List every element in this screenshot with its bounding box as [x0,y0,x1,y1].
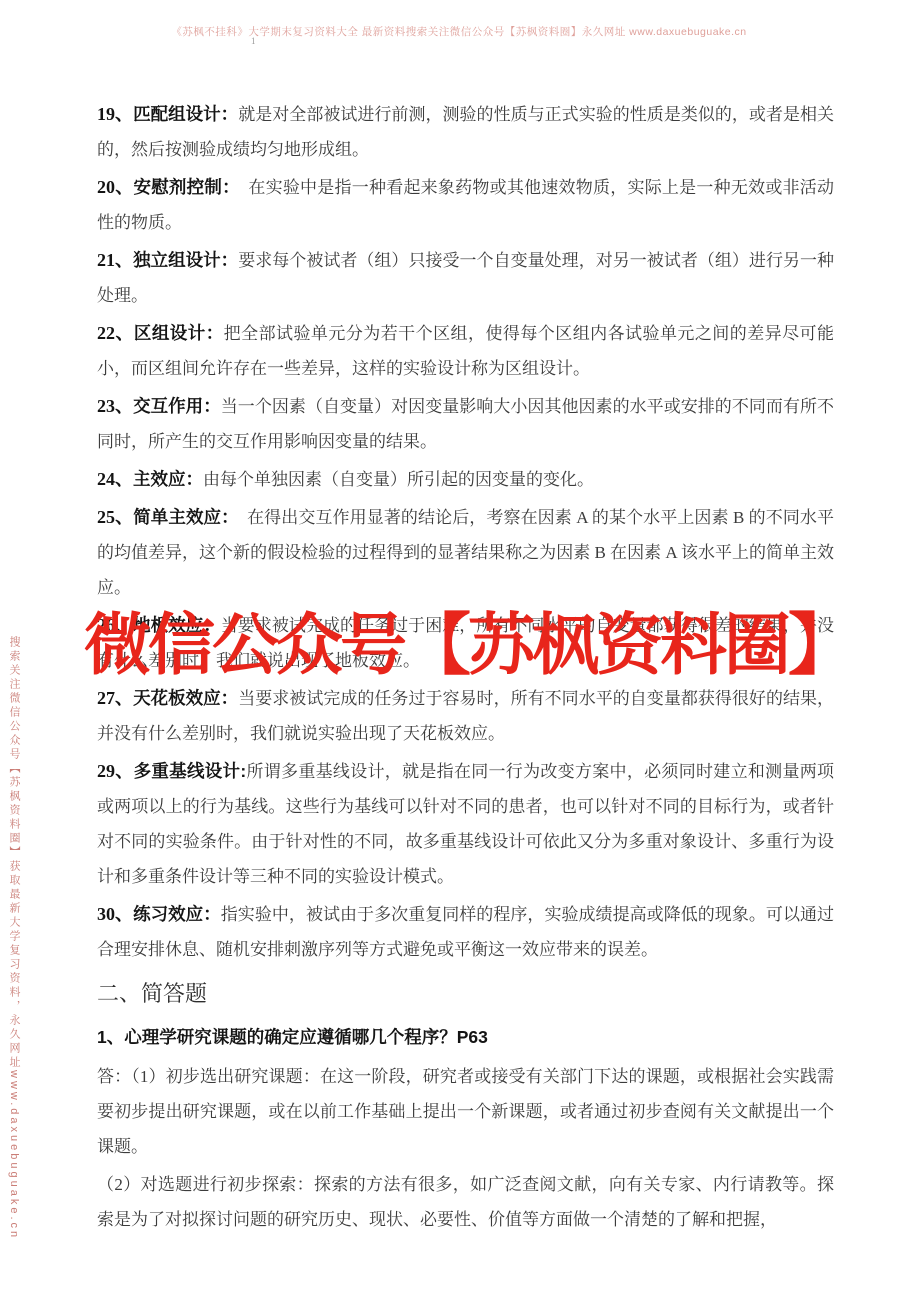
definitions-list: 19、匹配组设计：就是对全部被试进行前测，测验的性质与正式实验的性质是类似的，或… [97,97,834,967]
definition-number: 26、 [97,615,133,635]
section-heading: 二、简答题 [97,975,834,1013]
definition-term: 天花板效应： [133,688,238,708]
definition-term: 地板效应： [133,615,221,635]
definition-number: 19、 [97,104,133,124]
question-1-title: 1、心理学研究课题的确定应遵循哪几个程序？P63 [97,1019,834,1055]
definition-number: 20、 [97,177,133,197]
answers-list: 答：（1）初步选出研究课题：在这一阶段，研究者或接受有关部门下达的课题，或根据社… [97,1059,834,1237]
top-header-watermark: 《苏枫不挂科》大学期末复习资料大全 最新资料搜索关注微信公众号【苏枫资料圈】永久… [0,24,918,39]
definition-item: 24、主效应：由每个单独因素（自变量）所引起的因变量的变化。 [97,462,834,497]
document-body: 19、匹配组设计：就是对全部被试进行前测，测验的性质与正式实验的性质是类似的，或… [97,97,834,1240]
definition-number: 23、 [97,396,133,416]
definition-term: 匹配组设计： [133,104,238,124]
page-number-mark: 1 [251,36,256,46]
definition-term: 练习效应： [133,904,221,924]
definition-number: 25、 [97,507,133,527]
definition-number: 24、 [97,469,133,489]
definition-item: 20、安慰剂控制： 在实验中是指一种看起来象药物或其他速效物质，实际上是一种无效… [97,170,834,240]
definition-item: 23、交互作用：当一个因素（自变量）对因变量影响大小因其他因素的水平或安排的不同… [97,389,834,459]
answer-paragraph: 答：（1）初步选出研究课题：在这一阶段，研究者或接受有关部门下达的课题，或根据社… [97,1059,834,1164]
definition-term: 主效应： [133,469,203,489]
definition-term: 独立组设计： [133,250,238,270]
definition-item: 26、地板效应：当要求被试完成的任务过于困难，所有不同水平的自变量都获得很差的结… [97,608,834,678]
definition-item: 25、简单主效应： 在得出交互作用显著的结论后，考察在因素 A 的某个水平上因素… [97,500,834,605]
definition-number: 22、 [97,323,134,343]
definition-number: 21、 [97,250,133,270]
definition-number: 30、 [97,904,133,924]
definition-text: 由每个单独因素（自变量）所引起的因变量的变化。 [203,470,594,489]
side-vertical-watermark: 搜索关注微信公众号【苏枫资料圈】获取最新大学复习资料，永久网址www.daxue… [6,636,22,1240]
definition-term: 交互作用： [133,396,221,416]
definition-item: 29、多重基线设计:所谓多重基线设计，就是指在同一行为改变方案中，必须同时建立和… [97,754,834,894]
definition-number: 29、 [97,761,134,781]
definition-number: 27、 [97,688,133,708]
definition-item: 22、区组设计：把全部试验单元分为若干个区组，使得每个区组内各试验单元之间的差异… [97,316,834,386]
definition-item: 21、独立组设计：要求每个被试者（组）只接受一个自变量处理，对另一被试者（组）进… [97,243,834,313]
definition-item: 30、练习效应：指实验中，被试由于多次重复同样的程序，实验成绩提高或降低的现象。… [97,897,834,967]
definition-item: 27、天花板效应：当要求被试完成的任务过于容易时，所有不同水平的自变量都获得很好… [97,681,834,751]
definition-term: 简单主效应： [133,507,230,527]
definition-term: 安慰剂控制： [133,177,231,197]
answer-paragraph: （2）对选题进行初步探索：探索的方法有很多，如广泛查阅文献，向有关专家、内行请教… [97,1167,834,1237]
definition-term: 多重基线设计: [134,761,247,781]
definition-term: 区组设计： [134,323,224,343]
definition-item: 19、匹配组设计：就是对全部被试进行前测，测验的性质与正式实验的性质是类似的，或… [97,97,834,167]
